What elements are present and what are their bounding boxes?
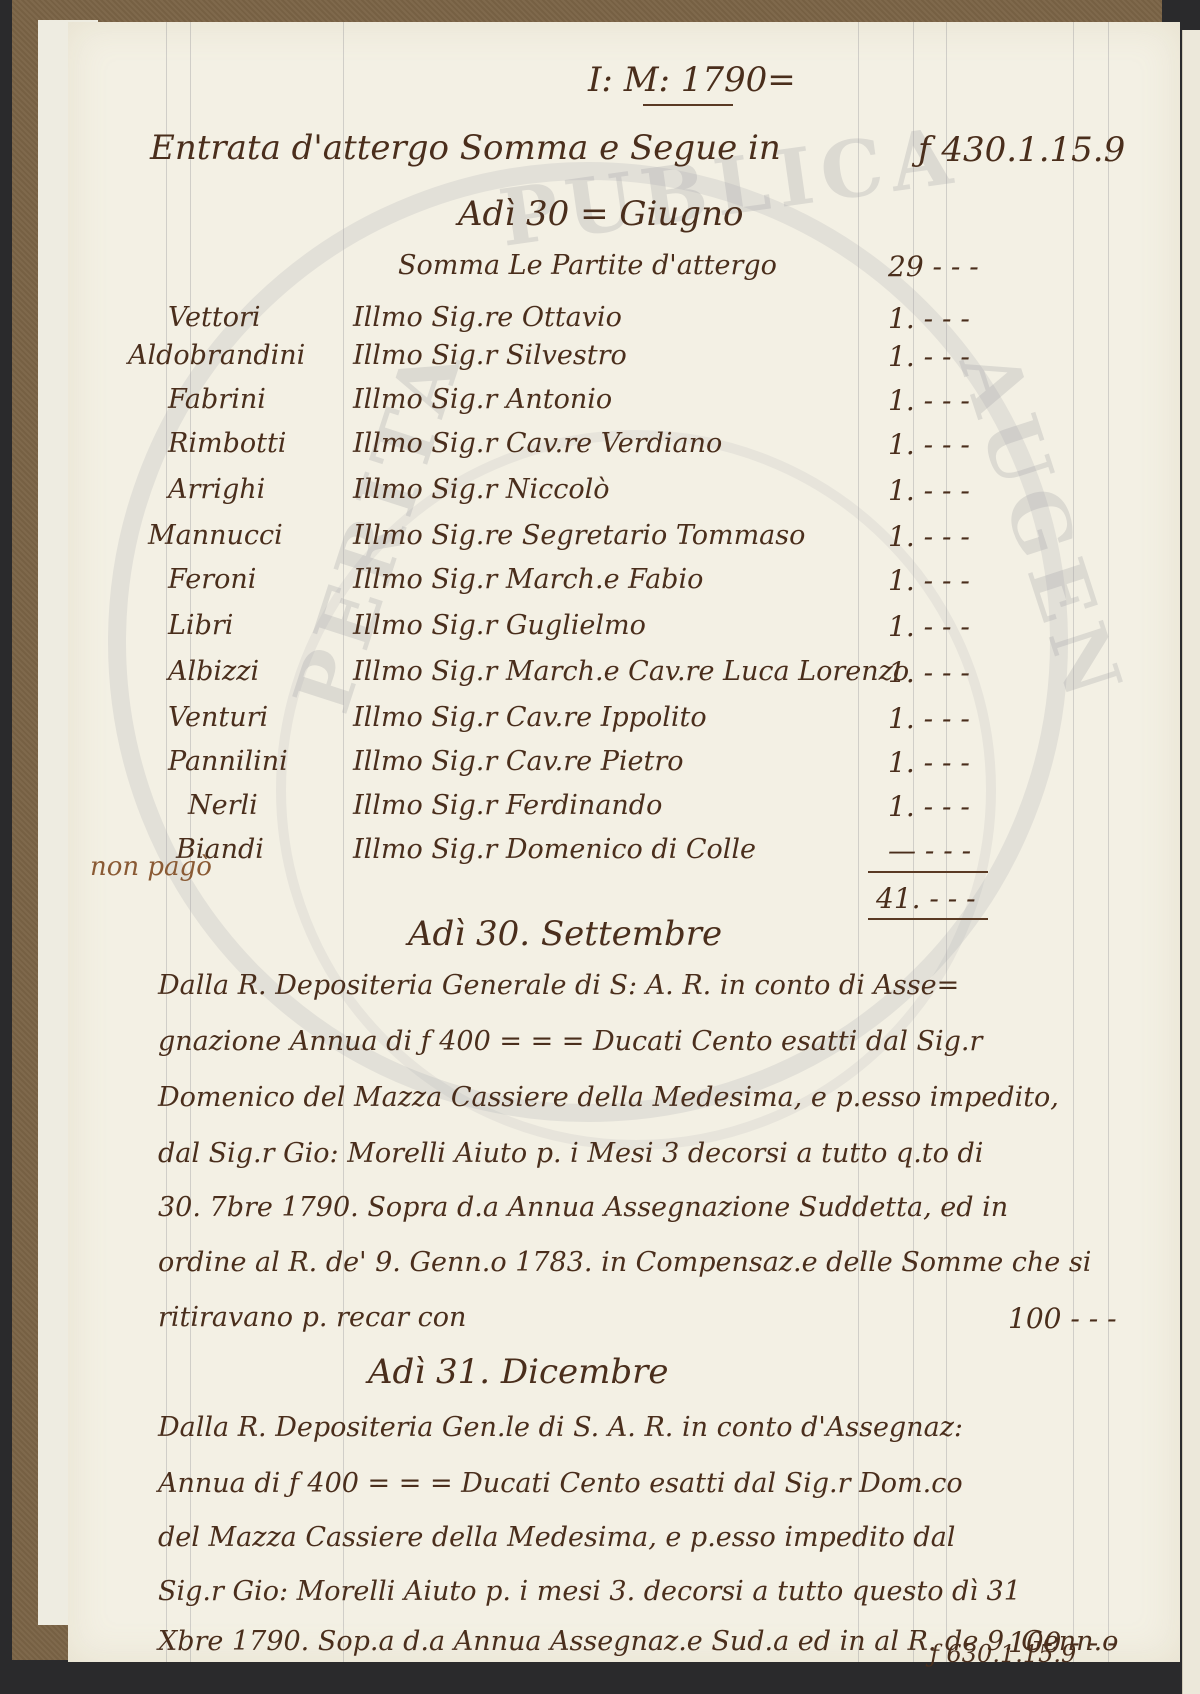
entry-line: del Mazza Cassiere della Medesima, e p.e…	[158, 1522, 955, 1553]
entry-line: Sig.r Gio: Morelli Aiuto p. i mesi 3. de…	[158, 1576, 1021, 1607]
payer-name: Illmo Sig.r Silvestro	[353, 340, 627, 371]
payer-surname: Biandi	[176, 834, 264, 865]
entry-line: ritiravano p. recar con	[158, 1302, 466, 1333]
entry-amount: 100 - - -	[1008, 1302, 1117, 1335]
carried-forward-label: Somma Le Partite d'attergo	[398, 250, 777, 281]
opening-entry-amount: ƒ 430.1.15.9	[918, 130, 1125, 170]
payer-surname: Rimbotti	[168, 428, 286, 459]
entry-line: dal Sig.r Gio: Morelli Aiuto p. i Mesi 3…	[158, 1138, 983, 1169]
payer-name: Illmo Sig.re Ottavio	[353, 302, 622, 333]
payer-amount: 1. - - -	[888, 656, 970, 689]
column-rule	[1073, 22, 1074, 1662]
payer-surname: Feroni	[168, 564, 256, 595]
column-rule	[1108, 22, 1109, 1662]
payer-amount: 1. - - -	[888, 790, 970, 823]
payer-surname: Fabrini	[168, 384, 266, 415]
payer-amount: 1. - - -	[888, 384, 970, 417]
facing-page-edge	[1182, 30, 1200, 1694]
payer-amount: 1. - - -	[888, 610, 970, 643]
payer-surname: Libri	[168, 610, 233, 641]
payer-name: Illmo Sig.r March.e Fabio	[353, 564, 703, 595]
payer-name: Illmo Sig.r Ferdinando	[353, 790, 662, 821]
payer-name: Illmo Sig.r Guglielmo	[353, 610, 646, 641]
payer-amount: 1. - - -	[888, 474, 970, 507]
ledger-page: PERITA PUBLICA AUGEN I: M: 1790= Entrata…	[68, 22, 1180, 1662]
entry-line: Dalla R. Depositeria Gen.le di S. A. R. …	[158, 1412, 963, 1443]
opening-entry-text: Entrata d'attergo Somma e Segue in	[150, 128, 781, 168]
payer-amount: 1. - - -	[888, 302, 970, 335]
payer-surname: Vettori	[168, 302, 261, 333]
section-date: Adì 30. Settembre	[408, 914, 722, 954]
page-header-year: I: M: 1790=	[588, 60, 796, 100]
payer-name: Illmo Sig.re Segretario Tommaso	[353, 520, 805, 551]
payer-name: Illmo Sig.r Niccolò	[353, 474, 610, 505]
payer-amount: 1. - - -	[888, 702, 970, 735]
payer-amount: 1. - - -	[888, 746, 970, 779]
entry-line: Annua di ƒ 400 = = = Ducati Cento esatti…	[158, 1468, 963, 1499]
entry-line: Dalla R. Depositeria Generale di S: A. R…	[158, 970, 959, 1001]
payer-amount: — - - -	[888, 834, 971, 867]
payer-amount: 1. - - -	[888, 428, 970, 461]
payer-name: Illmo Sig.r Cav.re Ippolito	[353, 702, 707, 733]
payer-amount: 1. - - -	[888, 520, 970, 553]
payer-surname: Albizzi	[168, 656, 259, 687]
closing-total: ƒ 630.1.15.9	[930, 1640, 1076, 1668]
payer-name: Illmo Sig.r Cav.re Pietro	[353, 746, 684, 777]
entry-line: Domenico del Mazza Cassiere della Medesi…	[158, 1082, 1059, 1113]
entry-line: ordine al R. de' 9. Genn.o 1783. in Comp…	[158, 1247, 1091, 1278]
payer-name: Illmo Sig.r Antonio	[353, 384, 612, 415]
payer-surname: Pannilini	[168, 746, 288, 777]
payer-name: Illmo Sig.r March.e Cav.re Luca Lorenzo	[353, 656, 909, 687]
entry-line: 30. 7bre 1790. Sopra d.a Annua Assegnazi…	[158, 1192, 1008, 1223]
payer-name: Illmo Sig.r Domenico di Colle	[353, 834, 756, 865]
entry-line: gnazione Annua di ƒ 400 = = = Ducati Cen…	[158, 1026, 982, 1057]
payer-surname: Nerli	[188, 790, 258, 821]
payer-surname: Arrighi	[168, 474, 265, 505]
section-date: Adì 30 = Giugno	[458, 194, 743, 234]
payer-amount: 1. - - -	[888, 340, 970, 373]
payer-amount: 1. - - -	[888, 564, 970, 597]
subtotal-rule	[868, 871, 988, 873]
subtotal-rule	[868, 918, 988, 920]
carried-forward-amount: 29 - - -	[888, 250, 979, 283]
payer-surname: Mannucci	[148, 520, 283, 551]
payer-surname: Venturi	[168, 702, 268, 733]
payer-name: Illmo Sig.r Cav.re Verdiano	[353, 428, 722, 459]
payer-surname: Aldobrandini	[128, 340, 305, 371]
header-underline	[643, 104, 733, 106]
section-date: Adì 31. Dicembre	[368, 1352, 669, 1392]
section-subtotal: 41. - - -	[876, 882, 976, 915]
